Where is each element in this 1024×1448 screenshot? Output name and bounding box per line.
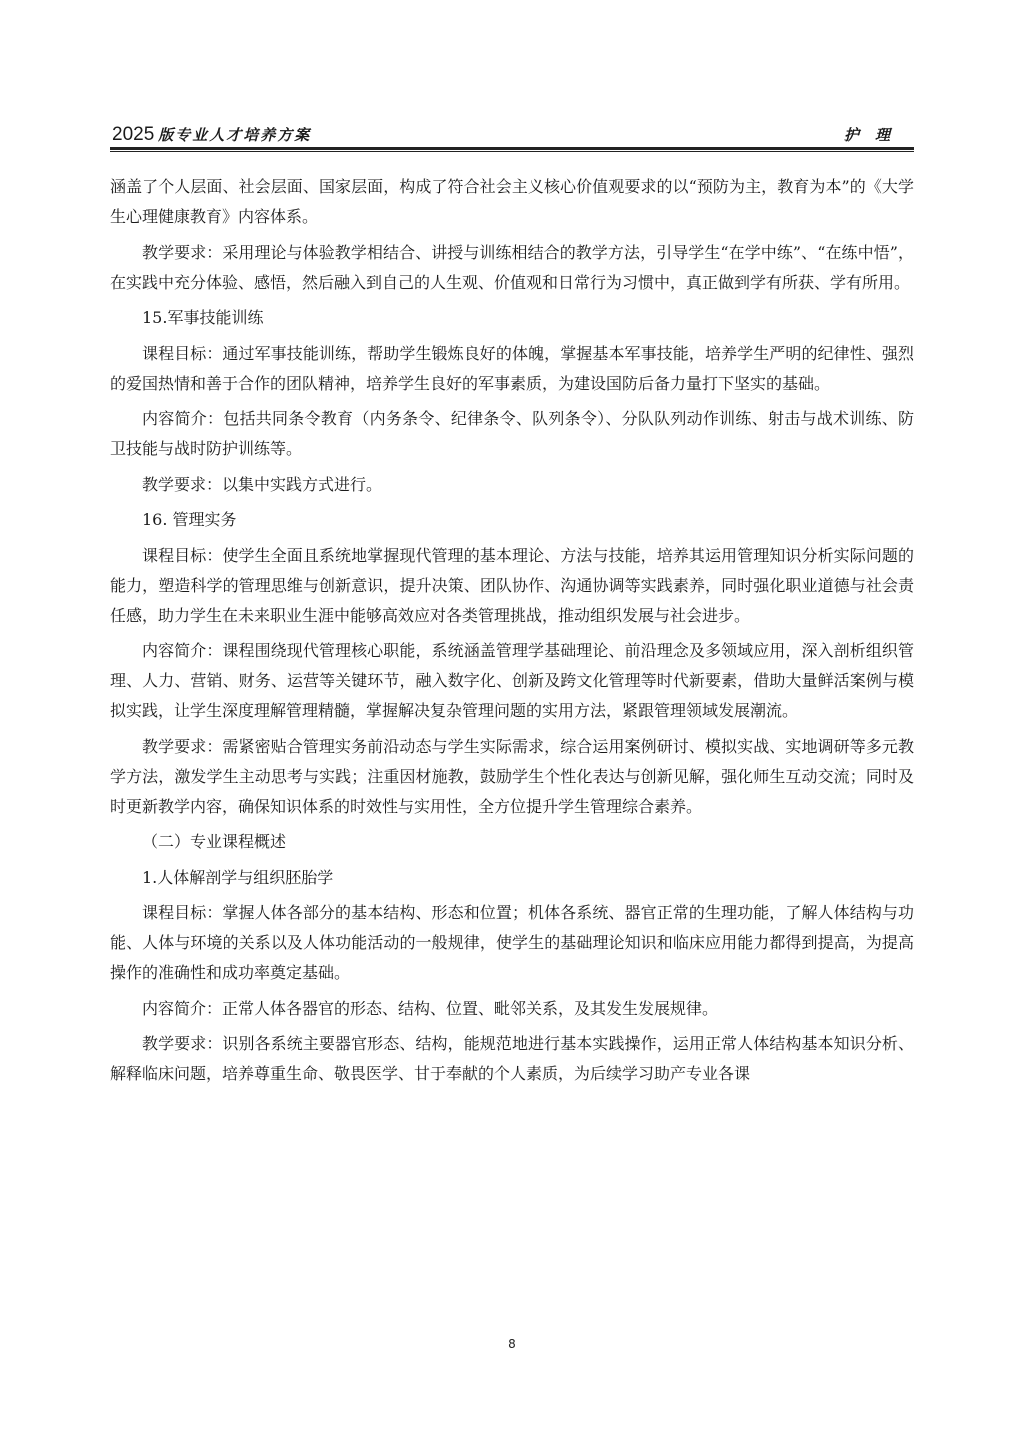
document-year: 2025 [112,124,154,145]
document-body: 涵盖了个人层面、社会层面、国家层面，构成了符合社会主义核心价值观要求的以“预防为… [110,172,914,1095]
document-title-text: 版专业人才培养方案 [158,126,311,144]
paragraph-teaching-requirements: 教学要求：识别各系统主要器官形态、结构，能规范地进行基本实践操作，运用正常人体结… [110,1029,914,1095]
paragraph-content-intro: 内容简介：包括共同条令教育（内务条令、纪律条令、队列条令）、分队队列动作训练、射… [110,404,914,470]
header-divider-thick [110,147,914,150]
paragraph-course-objective: 课程目标：掌握人体各部分的基本结构、形态和位置；机体各系统、器官正常的生理功能，… [110,898,914,994]
paragraph-teaching-requirements: 教学要求：以集中实践方式进行。 [110,470,914,506]
paragraph-teaching-requirements: 教学要求：采用理论与体验教学相结合、讲授与训练相结合的教学方法，引导学生“在学中… [110,238,914,304]
paragraph-course-objective: 课程目标：通过军事技能训练，帮助学生锻炼良好的体魄，掌握基本军事技能，培养学生严… [110,339,914,405]
header-divider-thin [110,151,914,152]
section-heading-professional-courses: （二）专业课程概述 [110,827,914,863]
paragraph-continuation: 涵盖了个人层面、社会层面、国家层面，构成了符合社会主义核心价值观要求的以“预防为… [110,172,914,238]
paragraph-content-intro: 内容简介：课程围绕现代管理核心职能，系统涵盖管理学基础理论、前沿理念及多领域应用… [110,636,914,732]
page-header: 2025版专业人才培养方案 护理 [110,124,914,146]
header-divider [110,147,914,152]
document-title: 2025版专业人才培养方案 [112,124,311,146]
page-number: 8 [0,1336,1024,1352]
section-heading-anatomy: 1.人体解剖学与组织胚胎学 [110,863,914,899]
section-heading-military-skills: 15.军事技能训练 [110,303,914,339]
paragraph-course-objective: 课程目标：使学生全面且系统地掌握现代管理的基本理论、方法与技能，培养其运用管理知… [110,541,914,637]
major-name: 护理 [844,124,906,146]
section-heading-management-practice: 16. 管理实务 [110,505,914,541]
paragraph-content-intro: 内容简介：正常人体各器官的形态、结构、位置、毗邻关系，及其发生发展规律。 [110,994,914,1030]
paragraph-teaching-requirements: 教学要求：需紧密贴合管理实务前沿动态与学生实际需求，综合运用案例研讨、模拟实战、… [110,732,914,828]
